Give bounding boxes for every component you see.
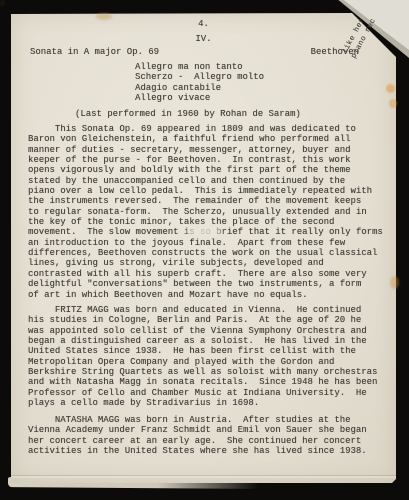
work-title: Sonata in A major Op. 69 [30, 47, 159, 57]
scanned-program-scene: 4. IV. Sonata in A major Op. 69 Beethove… [0, 0, 409, 500]
section-number: IV. [11, 34, 396, 44]
edge-nick [0, 0, 5, 6]
paragraph-natasha-magg-bio: NATASHA MAGG was born in Austria. After … [28, 415, 367, 456]
title-row: Sonata in A major Op. 69 Beethoven [30, 47, 359, 57]
page-number: 4. [11, 19, 396, 29]
movements-list: Allegro ma non tanto Scherzo - Allegro m… [135, 62, 264, 103]
paper-smudge [186, 226, 222, 237]
crease-line [11, 475, 396, 478]
paragraph-fritz-magg-bio: FRITZ MAGG was born and educated in Vien… [28, 305, 377, 408]
paragraph-program-note: This Sonata Op. 69 appeared in 1809 and … [28, 124, 383, 300]
program-page: 4. IV. Sonata in A major Op. 69 Beethove… [11, 13, 396, 483]
last-performed-note: (Last performed in 1960 by Rohan de Sara… [75, 109, 301, 119]
